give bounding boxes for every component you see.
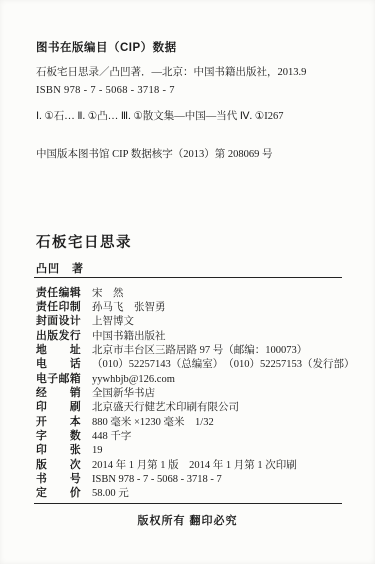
colophon-label: 印 刷 [36,399,84,414]
colophon-row: 书 号 ISBN 978 - 7 - 5068 - 3718 - 7 [36,471,365,485]
colophon-row: 责任编辑 宋 然 [36,285,365,299]
cip-block: 图书在版编目（CIP）数据 石板宅日思录／凸凹著．—北京：中国书籍出版社，201… [36,39,347,161]
colophon-row: 责任印制 孙马飞 张智勇 [36,299,365,313]
colophon-row: 电 话 （010）52257143（总编室） （010）52257153（发行部… [36,356,365,370]
colophon-row: 出版发行 中国书籍出版社 [36,328,365,342]
colophon-row: 版 次 2014 年 1 月第 1 版 2014 年 1 月第 1 次印刷 [36,457,365,471]
divider-top-rule [34,277,342,278]
colophon-value: 880 毫米 ×1230 毫米 1/32 [92,414,214,429]
colophon-row: 定 价 58.00 元 [36,485,365,499]
colophon-label: 地 址 [36,342,84,357]
colophon-value: 2014 年 1 月第 1 版 2014 年 1 月第 1 次印刷 [92,457,297,472]
divider-bottom-rule [34,503,342,504]
colophon-value: 上智博文 [92,313,134,328]
cip-description: 石板宅日思录／凸凹著．—北京：中国书籍出版社，2013.9 [36,66,347,79]
colophon-row: 字 数 448 千字 [36,428,365,442]
colophon-label: 电 话 [36,356,84,371]
cip-heading: 图书在版编目（CIP）数据 [36,39,347,55]
colophon-value: ISBN 978 - 7 - 5068 - 3718 - 7 [92,474,222,485]
colophon-row: 封面设计 上智博文 [36,313,365,327]
colophon-label: 经 销 [36,385,84,400]
colophon-value: 中国书籍出版社 [92,328,166,343]
cip-classification: Ⅰ. ①石… Ⅱ. ①凸… Ⅲ. ①散文集—中国—当代 Ⅳ. ①I267 [36,110,347,123]
colophon-value: 全国新华书店 [92,385,155,400]
colophon-value: 19 [92,445,103,456]
colophon-value: 宋 然 [92,285,124,300]
book-title: 石板宅日思录 [36,231,132,252]
colophon-row: 印 刷 北京盛天行健艺术印刷有限公司 [36,399,365,413]
copyright-page: 图书在版编目（CIP）数据 石板宅日思录／凸凹著．—北京：中国书籍出版社，201… [0,0,375,564]
colophon-label: 责任编辑 [36,285,84,300]
title-block: 石板宅日思录 凸凹 著 [36,231,132,276]
colophon-value: yywhbjb@126.com [92,374,175,385]
book-author: 凸凹 著 [36,260,132,276]
colophon-label: 出版发行 [36,328,84,343]
colophon-label: 版 次 [36,457,84,472]
colophon-label: 定 价 [36,485,84,500]
colophon-label: 印 张 [36,442,84,457]
colophon-value: 448 千字 [92,428,131,443]
colophon-row: 地 址 北京市丰台区三路居路 97 号（邮编：100073） [36,342,365,356]
colophon-row: 开 本 880 毫米 ×1230 毫米 1/32 [36,414,365,428]
colophon-row: 经 销 全国新华书店 [36,385,365,399]
colophon-row: 印 张 19 [36,442,365,456]
colophon-value: 58.00 元 [92,485,129,500]
colophon-value: 孙马飞 张智勇 [92,299,166,314]
colophon-value: （010）52257143（总编室） （010）52257153（发行部） [92,356,355,371]
colophon-label: 封面设计 [36,313,84,328]
colophon-row: 电子邮箱 yywhbjb@126.com [36,371,365,385]
copyright-notice: 版权所有 翻印必究 [0,512,375,528]
cip-isbn: ISBN 978 - 7 - 5068 - 3718 - 7 [36,84,347,97]
colophon-label: 开 本 [36,414,84,429]
colophon-value: 北京市丰台区三路居路 97 号（邮编：100073） [92,342,307,357]
colophon-label: 责任印制 [36,299,84,314]
colophon-label: 书 号 [36,471,84,486]
colophon-value: 北京盛天行健艺术印刷有限公司 [92,399,239,414]
colophon-label: 字 数 [36,428,84,443]
colophon-list: 责任编辑 宋 然 责任印制 孙马飞 张智勇 封面设计 上智博文 出版发行 中国书… [36,285,365,500]
cip-record-number: 中国版本图书馆 CIP 数据核字（2013）第 208069 号 [36,148,347,161]
colophon-label: 电子邮箱 [36,371,84,386]
